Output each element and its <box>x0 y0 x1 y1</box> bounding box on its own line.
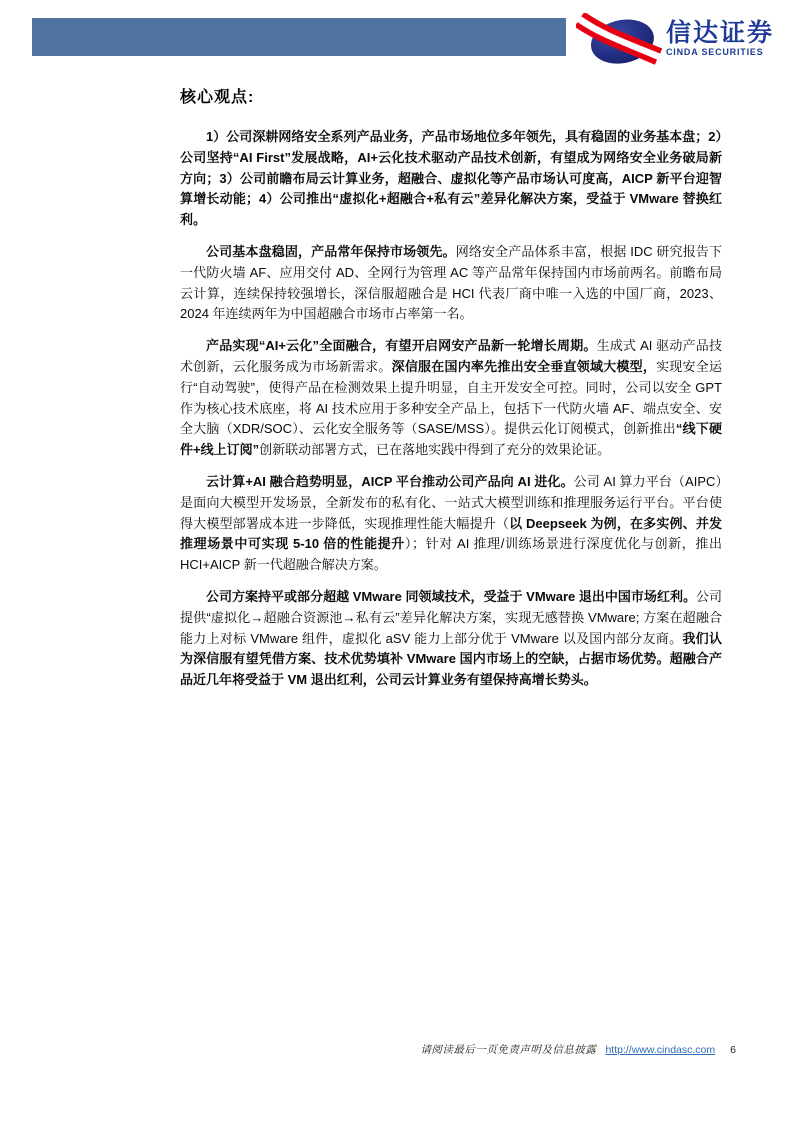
summary-paragraph-1: 1）公司深耕网络安全系列产品业务，产品市场地位多年领先，具有稳固的业务基本盘；2… <box>180 127 722 231</box>
logo-name-chinese: 信达证券 <box>666 20 774 47</box>
logo-name-english: CINDA SECURITIES <box>666 47 763 58</box>
report-page: 信达证券 CINDA SECURITIES 核心观点: 1）公司深耕网络安全系列… <box>0 0 794 1123</box>
footer-disclaimer-text: 请阅读最后一页免责声明及信息披露 <box>420 1042 596 1057</box>
cinda-logo-icon <box>576 13 662 65</box>
footer-website-link[interactable]: http://www.cindasc.com <box>605 1044 715 1056</box>
summary-paragraph-2: 公司基本盘稳固，产品常年保持市场领先。网络安全产品体系丰富，根据 IDC 研究报… <box>180 242 722 325</box>
summary-paragraph-5: 公司方案持平或部分超越 VMware 同领域技术，受益于 VMware 退出中国… <box>180 587 722 691</box>
core-viewpoints-title: 核心观点: <box>180 84 722 107</box>
logo-text: 信达证券 CINDA SECURITIES <box>666 20 774 58</box>
summary-paragraph-3: 产品实现“AI+云化”全面融合，有望开启网安产品新一轮增长周期。生成式 AI 驱… <box>180 336 722 461</box>
header-bar <box>32 18 566 56</box>
summary-paragraph-4: 云计算+AI 融合趋势明显，AICP 平台推动公司产品向 AI 进化。公司 AI… <box>180 472 722 576</box>
report-body: 核心观点: 1）公司深耕网络安全系列产品业务，产品市场地位多年领先，具有稳固的业… <box>180 84 722 702</box>
page-number: 6 <box>730 1044 736 1056</box>
page-footer: 请阅读最后一页免责声明及信息披露 http://www.cindasc.com … <box>0 1042 736 1060</box>
cinda-securities-logo: 信达证券 CINDA SECURITIES <box>576 12 772 66</box>
